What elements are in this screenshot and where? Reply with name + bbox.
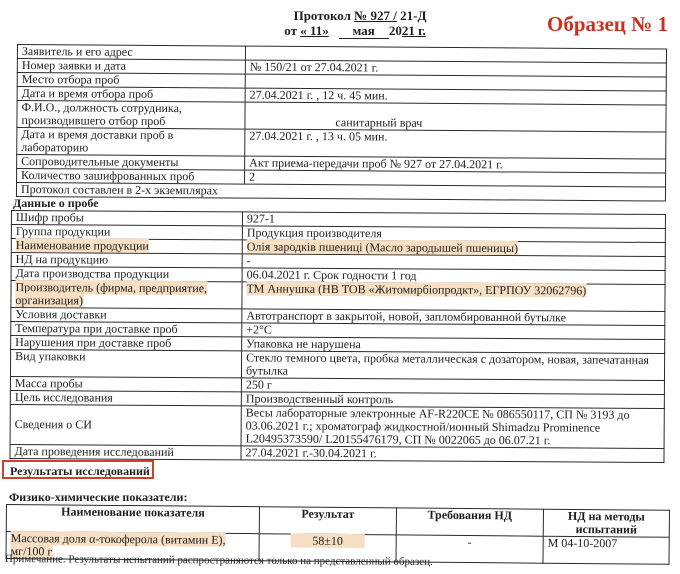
protocol-month: мая (339, 23, 389, 39)
col-result: Результат (259, 507, 396, 535)
row-value: Стекло темного цвета, пробка металлическ… (241, 351, 664, 381)
col-requirement: Требования НД (396, 508, 543, 536)
physchem-subtitle: Физико-химические показатели: (9, 490, 187, 505)
row-value: 27.04.2021 г. , 13 ч. 05 мин. (245, 129, 666, 159)
highlighted-label: Наименование продукции (16, 238, 149, 253)
row-label: Дата проведения исследований (10, 444, 241, 459)
row-value: санитарный врач (245, 102, 666, 132)
table-row: Производитель (фирма, предприятие, орган… (11, 281, 665, 312)
row-value: 27.04.2021 г.-30.04.2021 г. (241, 446, 664, 463)
table-row: Сведения о СИВесы лабораторные электронн… (10, 404, 664, 448)
date-prefix: от (284, 23, 297, 38)
method-cell: М 04-10-2007 (543, 536, 669, 564)
protocol-suffix: 21-Д (397, 8, 427, 23)
row-label: Производитель (фирма, предприятие, орган… (11, 281, 242, 309)
protocol-day: « 11» (300, 23, 329, 38)
row-label: Цель исследования (10, 390, 241, 405)
results-note: Примечание. Результаты испытаний распрос… (5, 553, 433, 568)
row-label: Сведения о СИ (10, 404, 241, 445)
general-info-table: Заявитель и его адресНомер заявки и дата… (16, 44, 667, 202)
row-value: Весы лабораторные электронные AF-R220CE … (241, 406, 664, 449)
sample-label: Образец № 1 (547, 12, 668, 37)
row-label: Ф.И.О., должность сотрудника, производив… (17, 101, 245, 130)
table-row: Вид упаковкиСтекло темного цвета, пробка… (10, 350, 664, 381)
highlighted-value: ТМ Аннушка (НВ ТОВ «Житомирбіопродкт», Е… (246, 281, 586, 297)
highlighted-value: Олія зародків пшениці (Масло зародышей п… (247, 239, 518, 255)
results-section-title: Результаты исследований (2, 460, 154, 479)
protocol-year-prefix: 20 (389, 23, 402, 38)
protocol-year-suffix: 21 г. (402, 23, 426, 38)
result-value: 58±10 (290, 533, 365, 548)
protocol-number: № 927 / (354, 8, 397, 23)
row-value: ТМ Аннушка (НВ ТОВ «Житомирбіопродкт», Е… (242, 282, 665, 312)
row-label: Дата и время доставки проб в лабораторию (17, 128, 245, 157)
sample-data-title: Данные о пробе (13, 196, 99, 211)
protocol-prefix: Протокол (294, 8, 351, 23)
col-method: НД на методы испытаний (543, 509, 669, 537)
highlighted-label: Производитель (фирма, предприятие, орган… (15, 280, 207, 307)
col-indicator: Наименование показателя (6, 505, 259, 534)
sample-data-table: Шифр пробы927-1Группа продукцииПродукция… (9, 210, 666, 463)
row-label: Вид упаковки (10, 350, 241, 378)
